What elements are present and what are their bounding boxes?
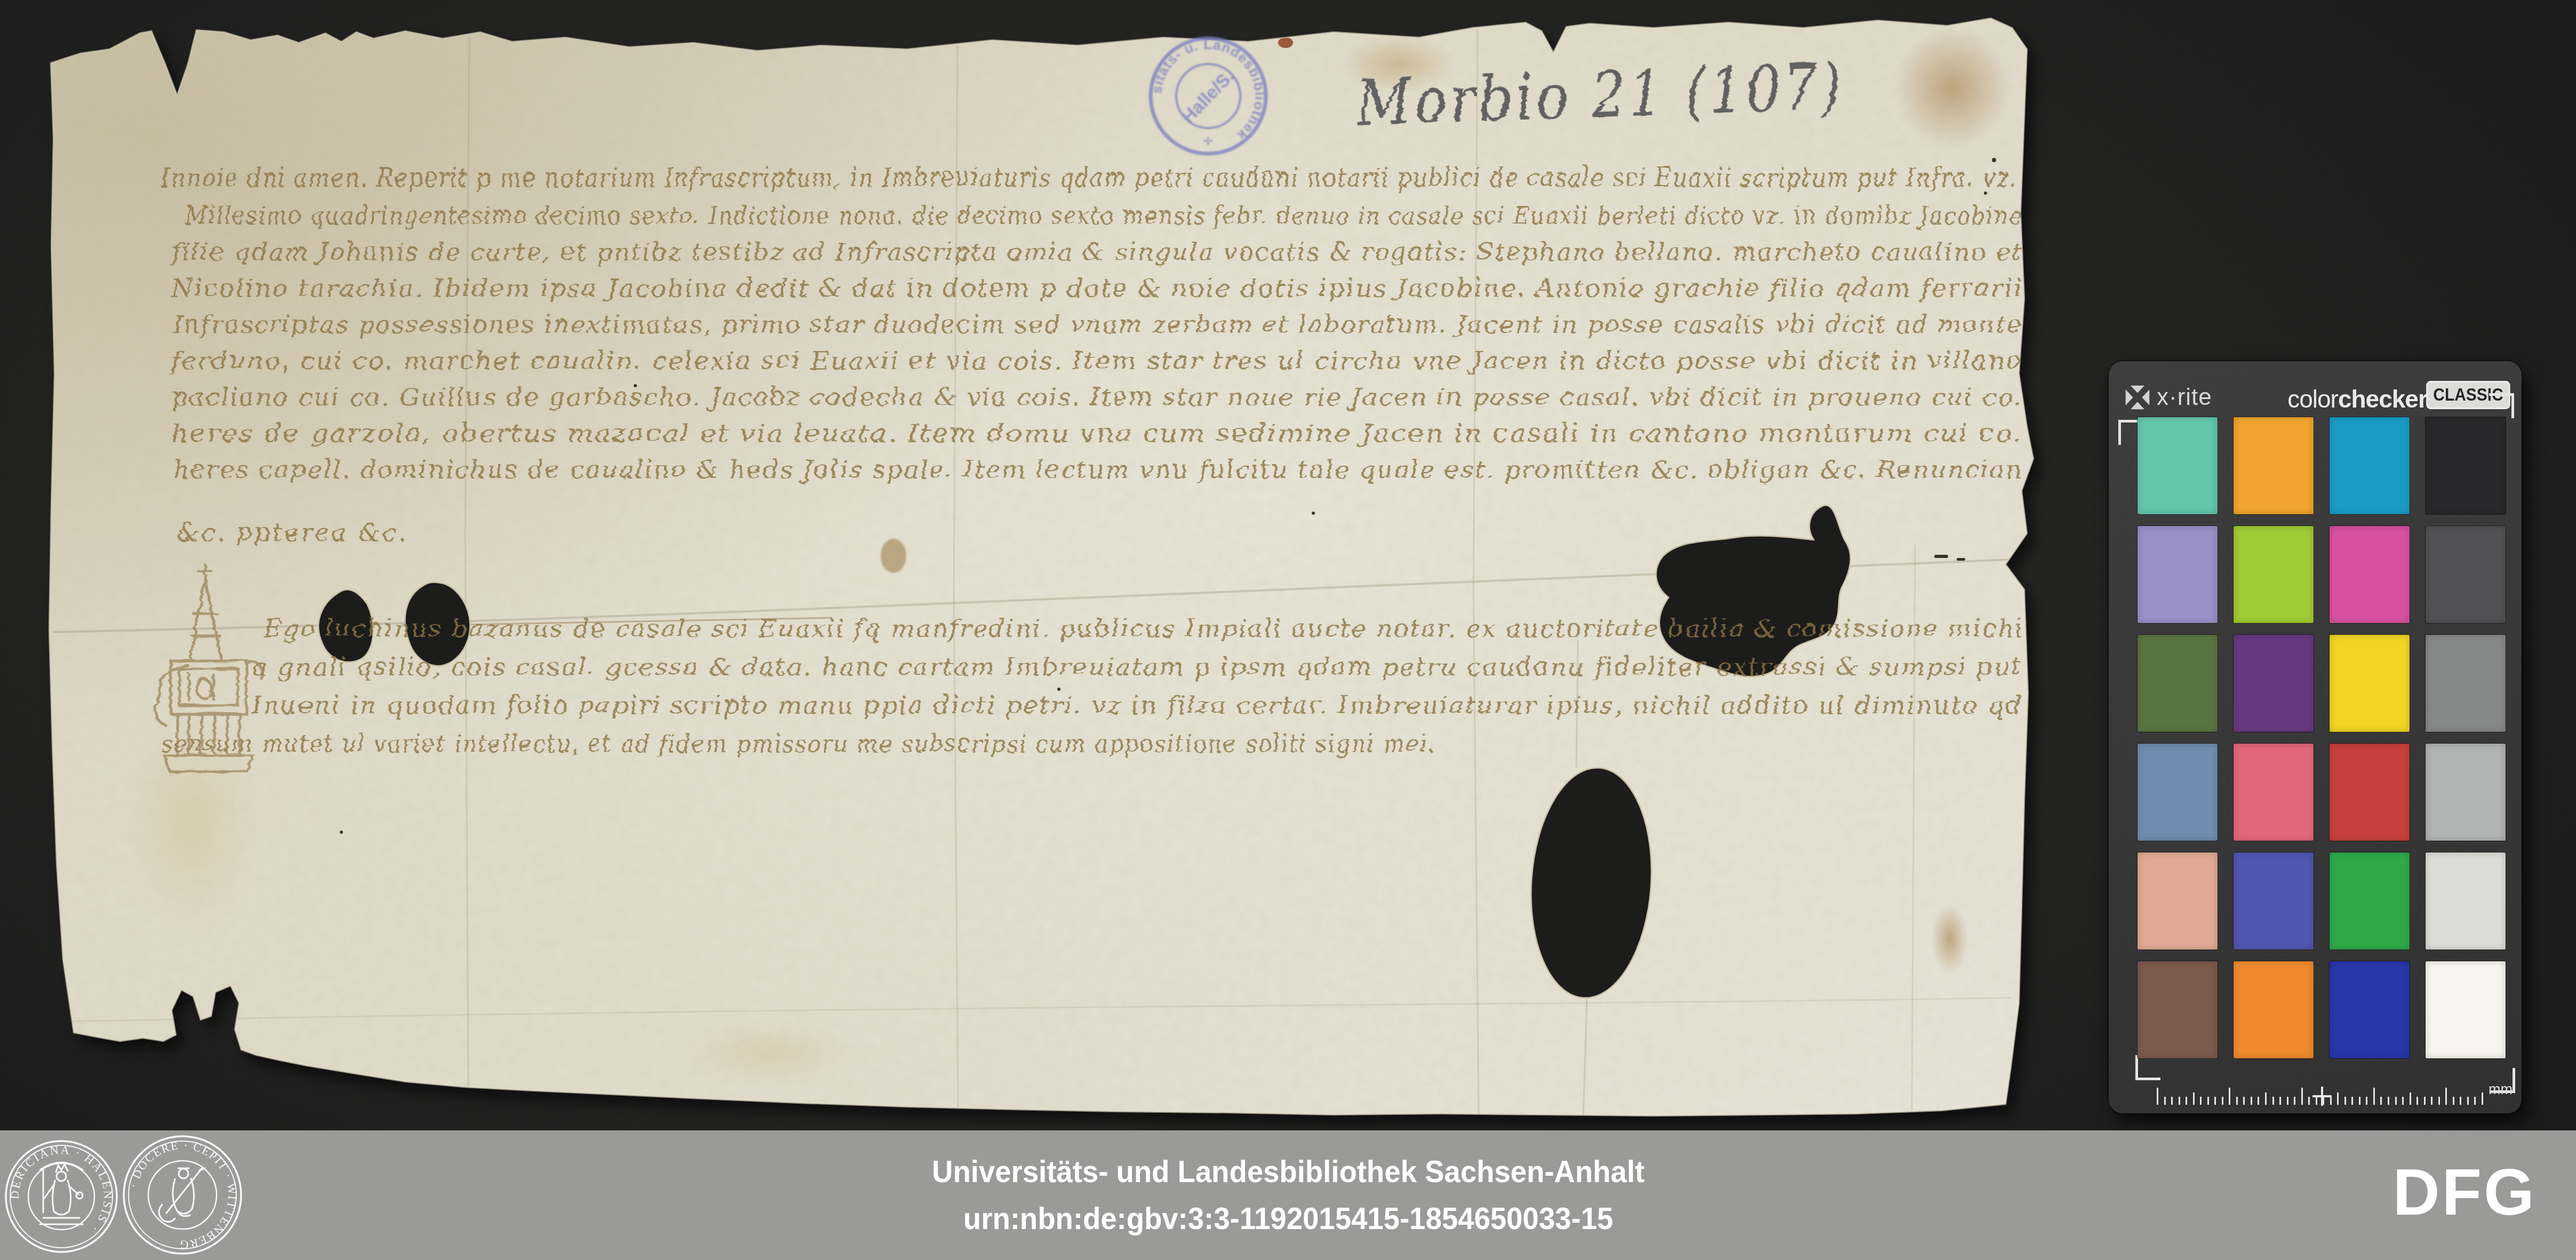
ruler-tick (2287, 1097, 2288, 1105)
ruler-tick (2157, 1088, 2158, 1105)
ruler-tick (2308, 1097, 2310, 1105)
color-patch-white (2426, 961, 2506, 1058)
manuscript-line: pacliano cui co. Guillus de garbascho. J… (171, 381, 2022, 410)
ruler-tick (2214, 1097, 2216, 1105)
color-patch-purplish-blue (2234, 852, 2314, 950)
ruler-tick (2417, 1097, 2418, 1105)
color-patch-neutral-5 (2426, 635, 2506, 732)
ruler-tick (2294, 1097, 2295, 1105)
university-seals: · FRIDERICIANA · HALENSIS · (0, 1130, 256, 1260)
ruler-ticks (2157, 1086, 2483, 1105)
ruler-tick (2467, 1097, 2469, 1105)
ruler-tick (2200, 1097, 2202, 1105)
color-patch-purple (2234, 635, 2314, 732)
crop-mark-bottom-left (2135, 1055, 2160, 1080)
stain (1894, 27, 2011, 149)
ruler-tick (2344, 1097, 2346, 1105)
color-patch-red (2330, 744, 2410, 841)
ruler-tick (2193, 1092, 2195, 1105)
ruler-tick (2236, 1097, 2238, 1105)
colorchecker-title: colorchecker (2287, 385, 2427, 413)
manuscript-line: heres de garzola, obertus mazacal et via… (170, 418, 2022, 446)
color-patch-neutral-8 (2426, 852, 2506, 950)
dfg-logo: DFG (2392, 1155, 2537, 1230)
ruler-tick (2279, 1097, 2281, 1105)
color-patch-blue-sky (2138, 744, 2218, 841)
manuscript-line: Nicolino tarachia. Ibidem ipsa Jacobina … (169, 273, 2022, 301)
ruler-tick (2222, 1097, 2223, 1105)
stamp-bottom-mark-icon: ✛ (1203, 134, 1213, 148)
manuscript-line: filie qdam Johanis de curte, et pntibz t… (169, 236, 2022, 265)
svg-text:· FRIDERICIANA · HALENSIS ·: · FRIDERICIANA · HALENSIS · (0, 1130, 115, 1236)
ruler-tick (2482, 1092, 2483, 1105)
ruler-tick (2402, 1097, 2404, 1105)
ruler-tick (2395, 1097, 2397, 1105)
ruler-tick (2438, 1097, 2440, 1105)
color-patch-dark-skin (2138, 961, 2218, 1058)
seal-left-ring-text: · FRIDERICIANA · HALENSIS · (0, 1130, 115, 1236)
manuscript-line: heres capell. dominichus de caualino & h… (172, 454, 2022, 483)
color-patch-light-skin (2138, 852, 2218, 950)
manuscript-line: a gnali qsilio, cois casal. gcessa & dat… (251, 651, 2022, 680)
ruler-tick (2323, 1097, 2324, 1105)
ruler-tick (2373, 1088, 2375, 1105)
handwritten-text-layer: Innoie dni amen. Reperit p me notarium I… (155, 161, 2023, 770)
manuscript-line: &c. ppterea &c. (176, 517, 407, 546)
ruler-tick (2186, 1097, 2187, 1105)
library-name: Universitäts- und Landesbibliothek Sachs… (932, 1157, 1645, 1187)
color-patch-green (2330, 852, 2410, 950)
color-patch-moderate-red (2234, 744, 2314, 841)
stain (881, 539, 906, 573)
ruler-tick (2380, 1097, 2382, 1105)
ruler-tick (2351, 1097, 2353, 1105)
ruler-tick (2337, 1092, 2339, 1105)
color-patch-foliage (2138, 635, 2218, 732)
manuscript-line: Innoie dni amen. Reperit p me notarium I… (159, 161, 2016, 192)
color-patch-yellow (2330, 635, 2410, 732)
seal-halle-icon: · FRIDERICIANA · HALENSIS · (0, 1130, 117, 1252)
seal-right-ring-text: ME AVSPICE · DOCERE · CEPIT · WITTENBERG (0, 1130, 240, 1251)
ruler-tick (2164, 1097, 2166, 1105)
stain (677, 1019, 859, 1088)
color-patch-bluish-green (2138, 417, 2218, 514)
urn-identifier: urn:nbn:de:gbv:3:3-1192015415-1854650033… (932, 1203, 1645, 1234)
ruler-tick (2366, 1097, 2367, 1105)
digitized-manuscript-page: Innoie dni amen. Reperit p me notarium I… (0, 0, 2576, 1260)
ruler-tick (2474, 1097, 2476, 1105)
manuscript-line: Infrascriptas possessiones inextimatas, … (171, 309, 2022, 338)
color-patch-black (2426, 417, 2506, 514)
colorchecker-grid (2138, 417, 2506, 1058)
ruler-tick (2179, 1097, 2180, 1105)
ruler-tick (2431, 1097, 2433, 1105)
ruler-unit-label: mm (2489, 1081, 2513, 1098)
ruler-tick (2265, 1092, 2267, 1105)
ruler-tick (2410, 1092, 2411, 1105)
xrite-logo: x·rite (2124, 384, 2212, 411)
xrite-x-icon (2124, 384, 2151, 411)
ruler-tick (2424, 1097, 2426, 1105)
color-patch-blue-flower (2138, 526, 2218, 623)
manuscript-line: ferduno, cui co. marchet caualin. celexi… (168, 345, 2022, 374)
seal-wittenberg-icon: ME AVSPICE · DOCERE · CEPIT · WITTENBERG (0, 1130, 241, 1254)
stain (1278, 37, 1293, 48)
color-patch-blue (2330, 961, 2410, 1058)
ruler-tick (2453, 1097, 2454, 1105)
colorchecker-header: x·rite colorchecker CLASSIC (2109, 379, 2522, 417)
manuscript-line: Millesimo quadringentesimo decimo sexto.… (184, 200, 2022, 229)
ruler-tick (2359, 1097, 2360, 1105)
ruler-tick (2258, 1097, 2259, 1105)
ruler-tick (2171, 1097, 2173, 1105)
ruler-tick (2251, 1097, 2252, 1105)
manuscript-line: Inueni in quodam folio papiri scripto ma… (250, 690, 2022, 719)
ruler-tick (2388, 1097, 2389, 1105)
xrite-brand-label: x·rite (2157, 384, 2212, 411)
crop-mark-top-right (2489, 393, 2514, 418)
colorchecker-title-light: color (2287, 385, 2338, 413)
colorchecker-title-bold: checker (2338, 385, 2427, 413)
color-patch-orange-yellow (2234, 417, 2314, 514)
manuscript-line: Ego luchinus bazanus de casale sci Euaxi… (262, 613, 2023, 642)
color-patch-neutral-6-5 (2426, 744, 2506, 841)
ruler-tick (2301, 1088, 2303, 1105)
ruler-tick (2316, 1097, 2317, 1105)
svg-text:ME AVSPICE · DOCERE · CEPIT ·: ME AVSPICE · DOCERE · CEPIT · WITTENBERG (0, 1130, 240, 1251)
color-patch-magenta (2330, 526, 2410, 623)
footer-bar: · FRIDERICIANA · HALENSIS · (0, 1130, 2576, 1260)
color-patch-orange (2234, 961, 2314, 1058)
colorchecker-card: x·rite colorchecker CLASSIC mm (2109, 361, 2522, 1113)
stain (1932, 904, 1968, 974)
ruler-tick (2445, 1088, 2447, 1105)
ruler-tick (2207, 1097, 2209, 1105)
ruler-tick (2243, 1097, 2245, 1105)
color-patch-yellow-green (2234, 526, 2314, 623)
color-patch-neutral-3-5 (2426, 526, 2506, 623)
manuscript-line: sensum mutet ul variet intellectu, et ad… (160, 728, 1435, 757)
ruler-tick (2330, 1097, 2332, 1105)
color-patch-cyan (2330, 417, 2410, 514)
ruler-tick (2272, 1097, 2274, 1105)
footer-text-block: Universitäts- und Landesbibliothek Sachs… (909, 1130, 1667, 1260)
ruler-tick (2229, 1088, 2230, 1105)
ruler-tick (2460, 1097, 2461, 1105)
